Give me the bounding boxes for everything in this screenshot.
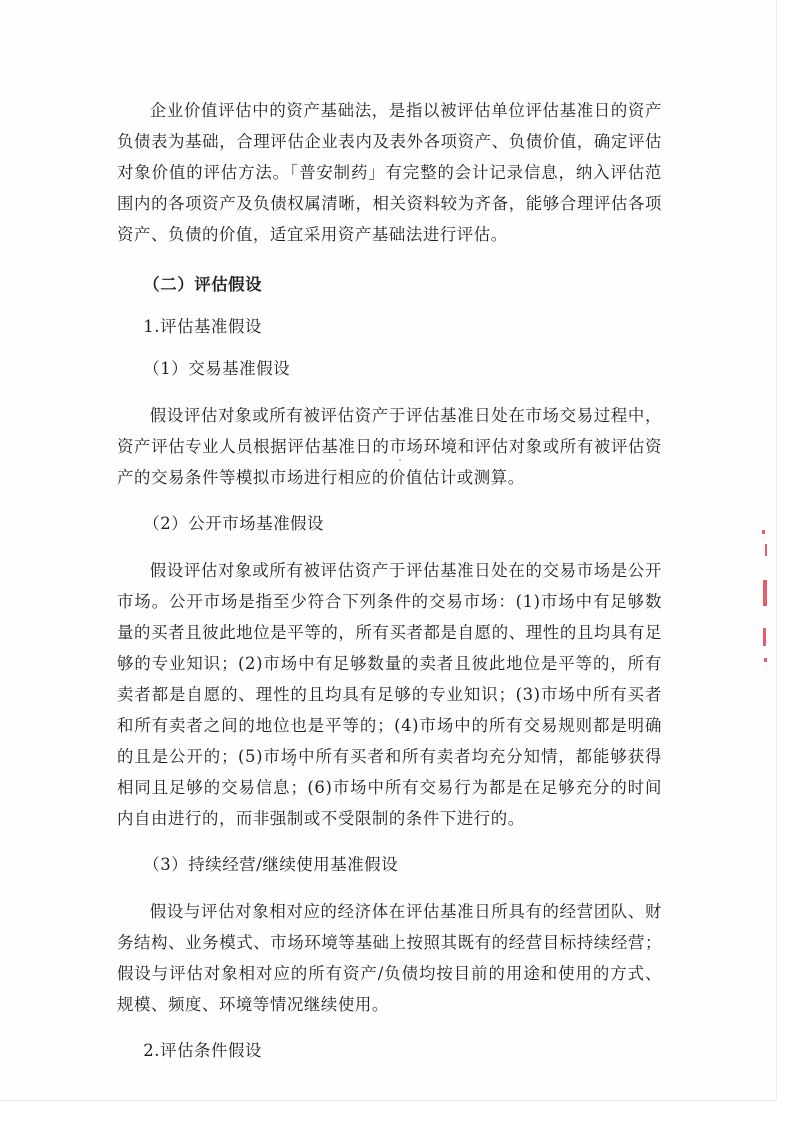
section-heading-assumptions: （二）评估假设 xyxy=(117,264,662,306)
item-heading-transaction-assumption: （1）交易基准假设 xyxy=(117,348,662,390)
seal-stamp-edge xyxy=(762,530,772,680)
item-heading-open-market-assumption: （2）公开市场基准假设 xyxy=(117,503,662,545)
paragraph-asset-based-method: 企业价值评估中的资产基础法，是指以被评估单位评估基准日的资产负债表为基础，合理评… xyxy=(117,95,662,250)
scan-speck xyxy=(399,459,401,461)
item-heading-going-concern-assumption: （3）持续经营/继续使用基准假设 xyxy=(117,844,662,886)
scanned-page: 企业价值评估中的资产基础法，是指以被评估单位评估基准日的资产负债表为基础，合理评… xyxy=(0,0,777,1101)
paragraph-transaction-assumption: 假设评估对象或所有被评估资产于评估基准日处在市场交易过程中，资产评估专业人员根据… xyxy=(117,400,662,493)
subsection-heading-condition-assumptions: 2.评估条件假设 xyxy=(117,1030,662,1072)
subsection-heading-basic-assumptions: 1.评估基准假设 xyxy=(117,306,662,348)
paragraph-open-market-assumption: 假设评估对象或所有被评估资产于评估基准日处在的交易市场是公开市场。公开市场是指至… xyxy=(117,555,662,834)
paragraph-going-concern-assumption: 假设与评估对象相对应的经济体在评估基准日所具有的经营团队、财务结构、业务模式、市… xyxy=(117,896,662,1020)
document-body: 企业价值评估中的资产基础法，是指以被评估单位评估基准日的资产负债表为基础，合理评… xyxy=(117,95,662,1072)
scan-speck xyxy=(292,764,294,766)
